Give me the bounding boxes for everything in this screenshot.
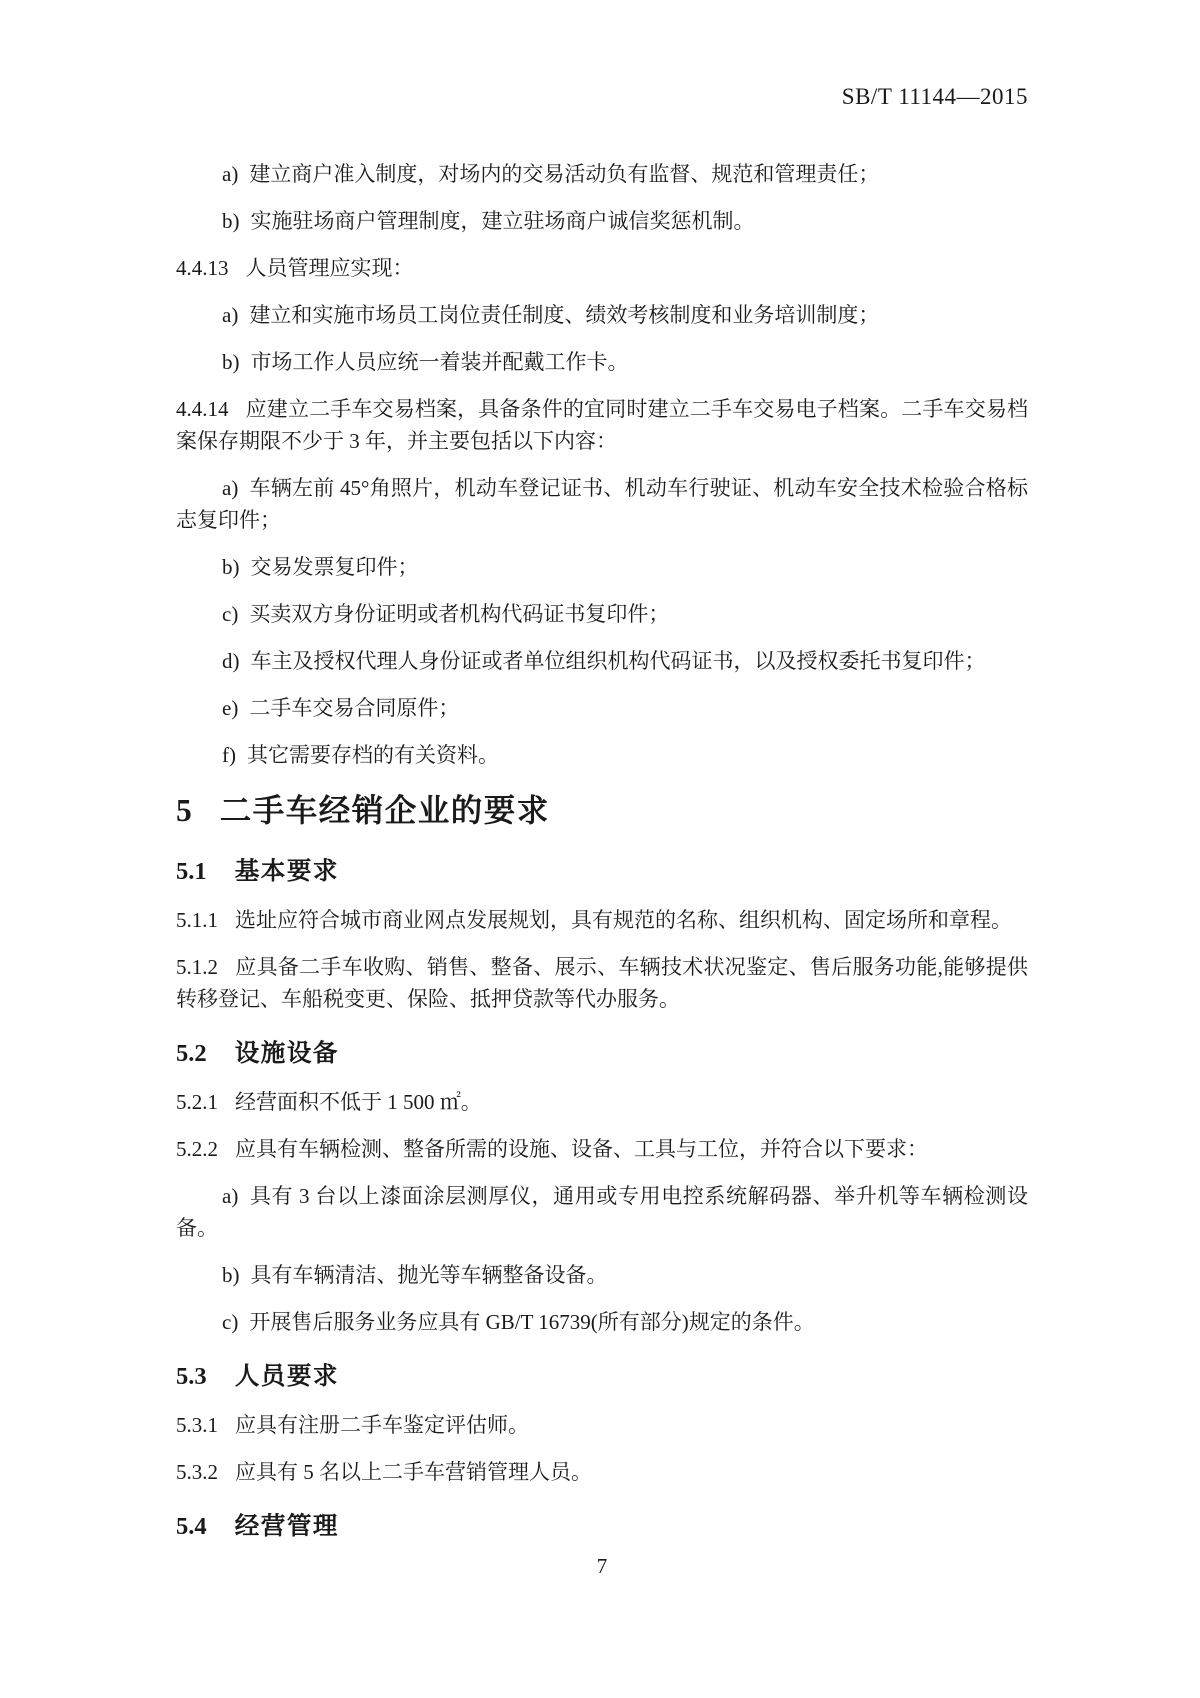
subsection-heading: 5.2设施设备 [176, 1037, 1028, 1071]
clause-text: 应建立二手车交易档案，具备条件的宜同时建立二手车交易电子档案。二手车交易档案保存… [176, 397, 1028, 453]
heading-title: 二手车经销企业的要求 [220, 792, 550, 828]
clause-text: 选址应符合城市商业网点发展规划，具有规范的名称、组织机构、固定场所和章程。 [235, 908, 1012, 932]
clause-text: 经营面积不低于 1 500 ㎡。 [235, 1090, 482, 1114]
clause-text: 应具有 5 名以上二手车营销管理人员。 [235, 1460, 592, 1484]
list-text: 其它需要存档的有关资料。 [247, 743, 499, 767]
list-item: a)建立和实施市场员工岗位责任制度、绩效考核制度和业务培训制度； [176, 299, 1028, 331]
list-marker: f) [222, 743, 236, 767]
clause-number: 5.2.1 [176, 1090, 218, 1114]
section-heading: 5二手车经销企业的要求 [176, 793, 1028, 828]
doc-number: SB/T 11144—2015 [176, 84, 1028, 110]
clause: 5.3.2应具有 5 名以上二手车营销管理人员。 [176, 1456, 1028, 1488]
subsection-heading: 5.1基本要求 [176, 855, 1028, 889]
list-marker: d) [222, 649, 240, 673]
list-item: b)市场工作人员应统一着装并配戴工作卡。 [176, 346, 1028, 378]
list-text: 车辆左前 45°角照片，机动车登记证书、机动车行驶证、机动车安全技术检验合格标志… [176, 476, 1028, 532]
list-item: b)实施驻场商户管理制度，建立驻场商户诚信奖惩机制。 [176, 205, 1028, 237]
list-marker: a) [222, 162, 238, 186]
clause: 4.4.14应建立二手车交易档案，具备条件的宜同时建立二手车交易电子档案。二手车… [176, 393, 1028, 457]
heading-number: 5 [176, 793, 192, 828]
list-text: 实施驻场商户管理制度，建立驻场商户诚信奖惩机制。 [251, 209, 755, 233]
heading-title: 人员要求 [235, 1363, 339, 1390]
clause-text: 应具有注册二手车鉴定评估师。 [235, 1413, 529, 1437]
list-text: 交易发票复印件； [251, 555, 419, 579]
clause-number: 4.4.14 [176, 397, 229, 421]
list-item: a)具有 3 台以上漆面涂层测厚仪，通用或专用电控系统解码器、举升机等车辆检测设… [176, 1180, 1028, 1244]
list-item: a)车辆左前 45°角照片，机动车登记证书、机动车行驶证、机动车安全技术检验合格… [176, 472, 1028, 536]
heading-title: 设施设备 [235, 1040, 339, 1067]
list-text: 建立和实施市场员工岗位责任制度、绩效考核制度和业务培训制度； [249, 303, 879, 327]
clause: 5.2.2应具有车辆检测、整备所需的设施、设备、工具与工位，并符合以下要求： [176, 1133, 1028, 1165]
clause-number: 5.2.2 [176, 1137, 218, 1161]
page-number: 7 [176, 1554, 1028, 1579]
heading-number: 5.4 [176, 1513, 207, 1540]
list-text: 车主及授权代理人身份证或者单位组织机构代码证书，以及授权委托书复印件； [251, 649, 986, 673]
clause: 5.1.2应具备二手车收购、销售、整备、展示、车辆技术状况鉴定、售后服务功能,能… [176, 951, 1028, 1015]
clause-text: 人员管理应实现： [246, 256, 414, 280]
list-marker: b) [222, 209, 240, 233]
clause-number: 5.3.1 [176, 1413, 218, 1437]
clause-text: 应具有车辆检测、整备所需的设施、设备、工具与工位，并符合以下要求： [235, 1137, 928, 1161]
clause-number: 5.3.2 [176, 1460, 218, 1484]
list-marker: c) [222, 602, 238, 626]
list-marker: b) [222, 350, 240, 374]
list-text: 具有 3 台以上漆面涂层测厚仪，通用或专用电控系统解码器、举升机等车辆检测设备。 [176, 1184, 1028, 1240]
list-marker: a) [222, 476, 238, 500]
document-body: a)建立商户准入制度，对场内的交易活动负有监督、规范和管理责任； b)实施驻场商… [176, 150, 1028, 1544]
list-item: f)其它需要存档的有关资料。 [176, 739, 1028, 771]
list-text: 开展售后服务业务应具有 GB/T 16739(所有部分)规定的条件。 [249, 1310, 814, 1334]
clause-number: 4.4.13 [176, 256, 229, 280]
list-item: c)买卖双方身份证明或者机构代码证书复印件； [176, 598, 1028, 630]
list-item: c)开展售后服务业务应具有 GB/T 16739(所有部分)规定的条件。 [176, 1306, 1028, 1338]
list-marker: a) [222, 303, 238, 327]
subsection-heading: 5.3人员要求 [176, 1360, 1028, 1394]
clause-number: 5.1.2 [176, 955, 218, 979]
heading-title: 经营管理 [235, 1513, 339, 1540]
list-marker: a) [222, 1184, 238, 1208]
clause: 5.3.1应具有注册二手车鉴定评估师。 [176, 1409, 1028, 1441]
list-item: d)车主及授权代理人身份证或者单位组织机构代码证书，以及授权委托书复印件； [176, 645, 1028, 677]
list-marker: c) [222, 1310, 238, 1334]
heading-number: 5.3 [176, 1363, 207, 1390]
list-text: 建立商户准入制度，对场内的交易活动负有监督、规范和管理责任； [249, 162, 879, 186]
list-item: b)交易发票复印件； [176, 551, 1028, 583]
list-text: 二手车交易合同原件； [249, 696, 459, 720]
heading-title: 基本要求 [235, 858, 339, 885]
list-marker: b) [222, 555, 240, 579]
list-text: 市场工作人员应统一着装并配戴工作卡。 [251, 350, 629, 374]
clause: 4.4.13人员管理应实现： [176, 252, 1028, 284]
list-item: b)具有车辆清洁、抛光等车辆整备设备。 [176, 1259, 1028, 1291]
list-item: a)建立商户准入制度，对场内的交易活动负有监督、规范和管理责任； [176, 158, 1028, 190]
clause-text: 应具备二手车收购、销售、整备、展示、车辆技术状况鉴定、售后服务功能,能够提供转移… [176, 955, 1028, 1011]
list-marker: b) [222, 1263, 240, 1287]
subsection-heading: 5.4经营管理 [176, 1510, 1028, 1544]
clause-number: 5.1.1 [176, 908, 218, 932]
document-page: SB/T 11144—2015 a)建立商户准入制度，对场内的交易活动负有监督、… [0, 0, 1200, 1698]
clause: 5.1.1选址应符合城市商业网点发展规划，具有规范的名称、组织机构、固定场所和章… [176, 904, 1028, 936]
clause: 5.2.1经营面积不低于 1 500 ㎡。 [176, 1086, 1028, 1118]
heading-number: 5.1 [176, 858, 207, 885]
list-item: e)二手车交易合同原件； [176, 692, 1028, 724]
list-marker: e) [222, 696, 238, 720]
heading-number: 5.2 [176, 1040, 207, 1067]
list-text: 买卖双方身份证明或者机构代码证书复印件； [249, 602, 669, 626]
list-text: 具有车辆清洁、抛光等车辆整备设备。 [251, 1263, 608, 1287]
